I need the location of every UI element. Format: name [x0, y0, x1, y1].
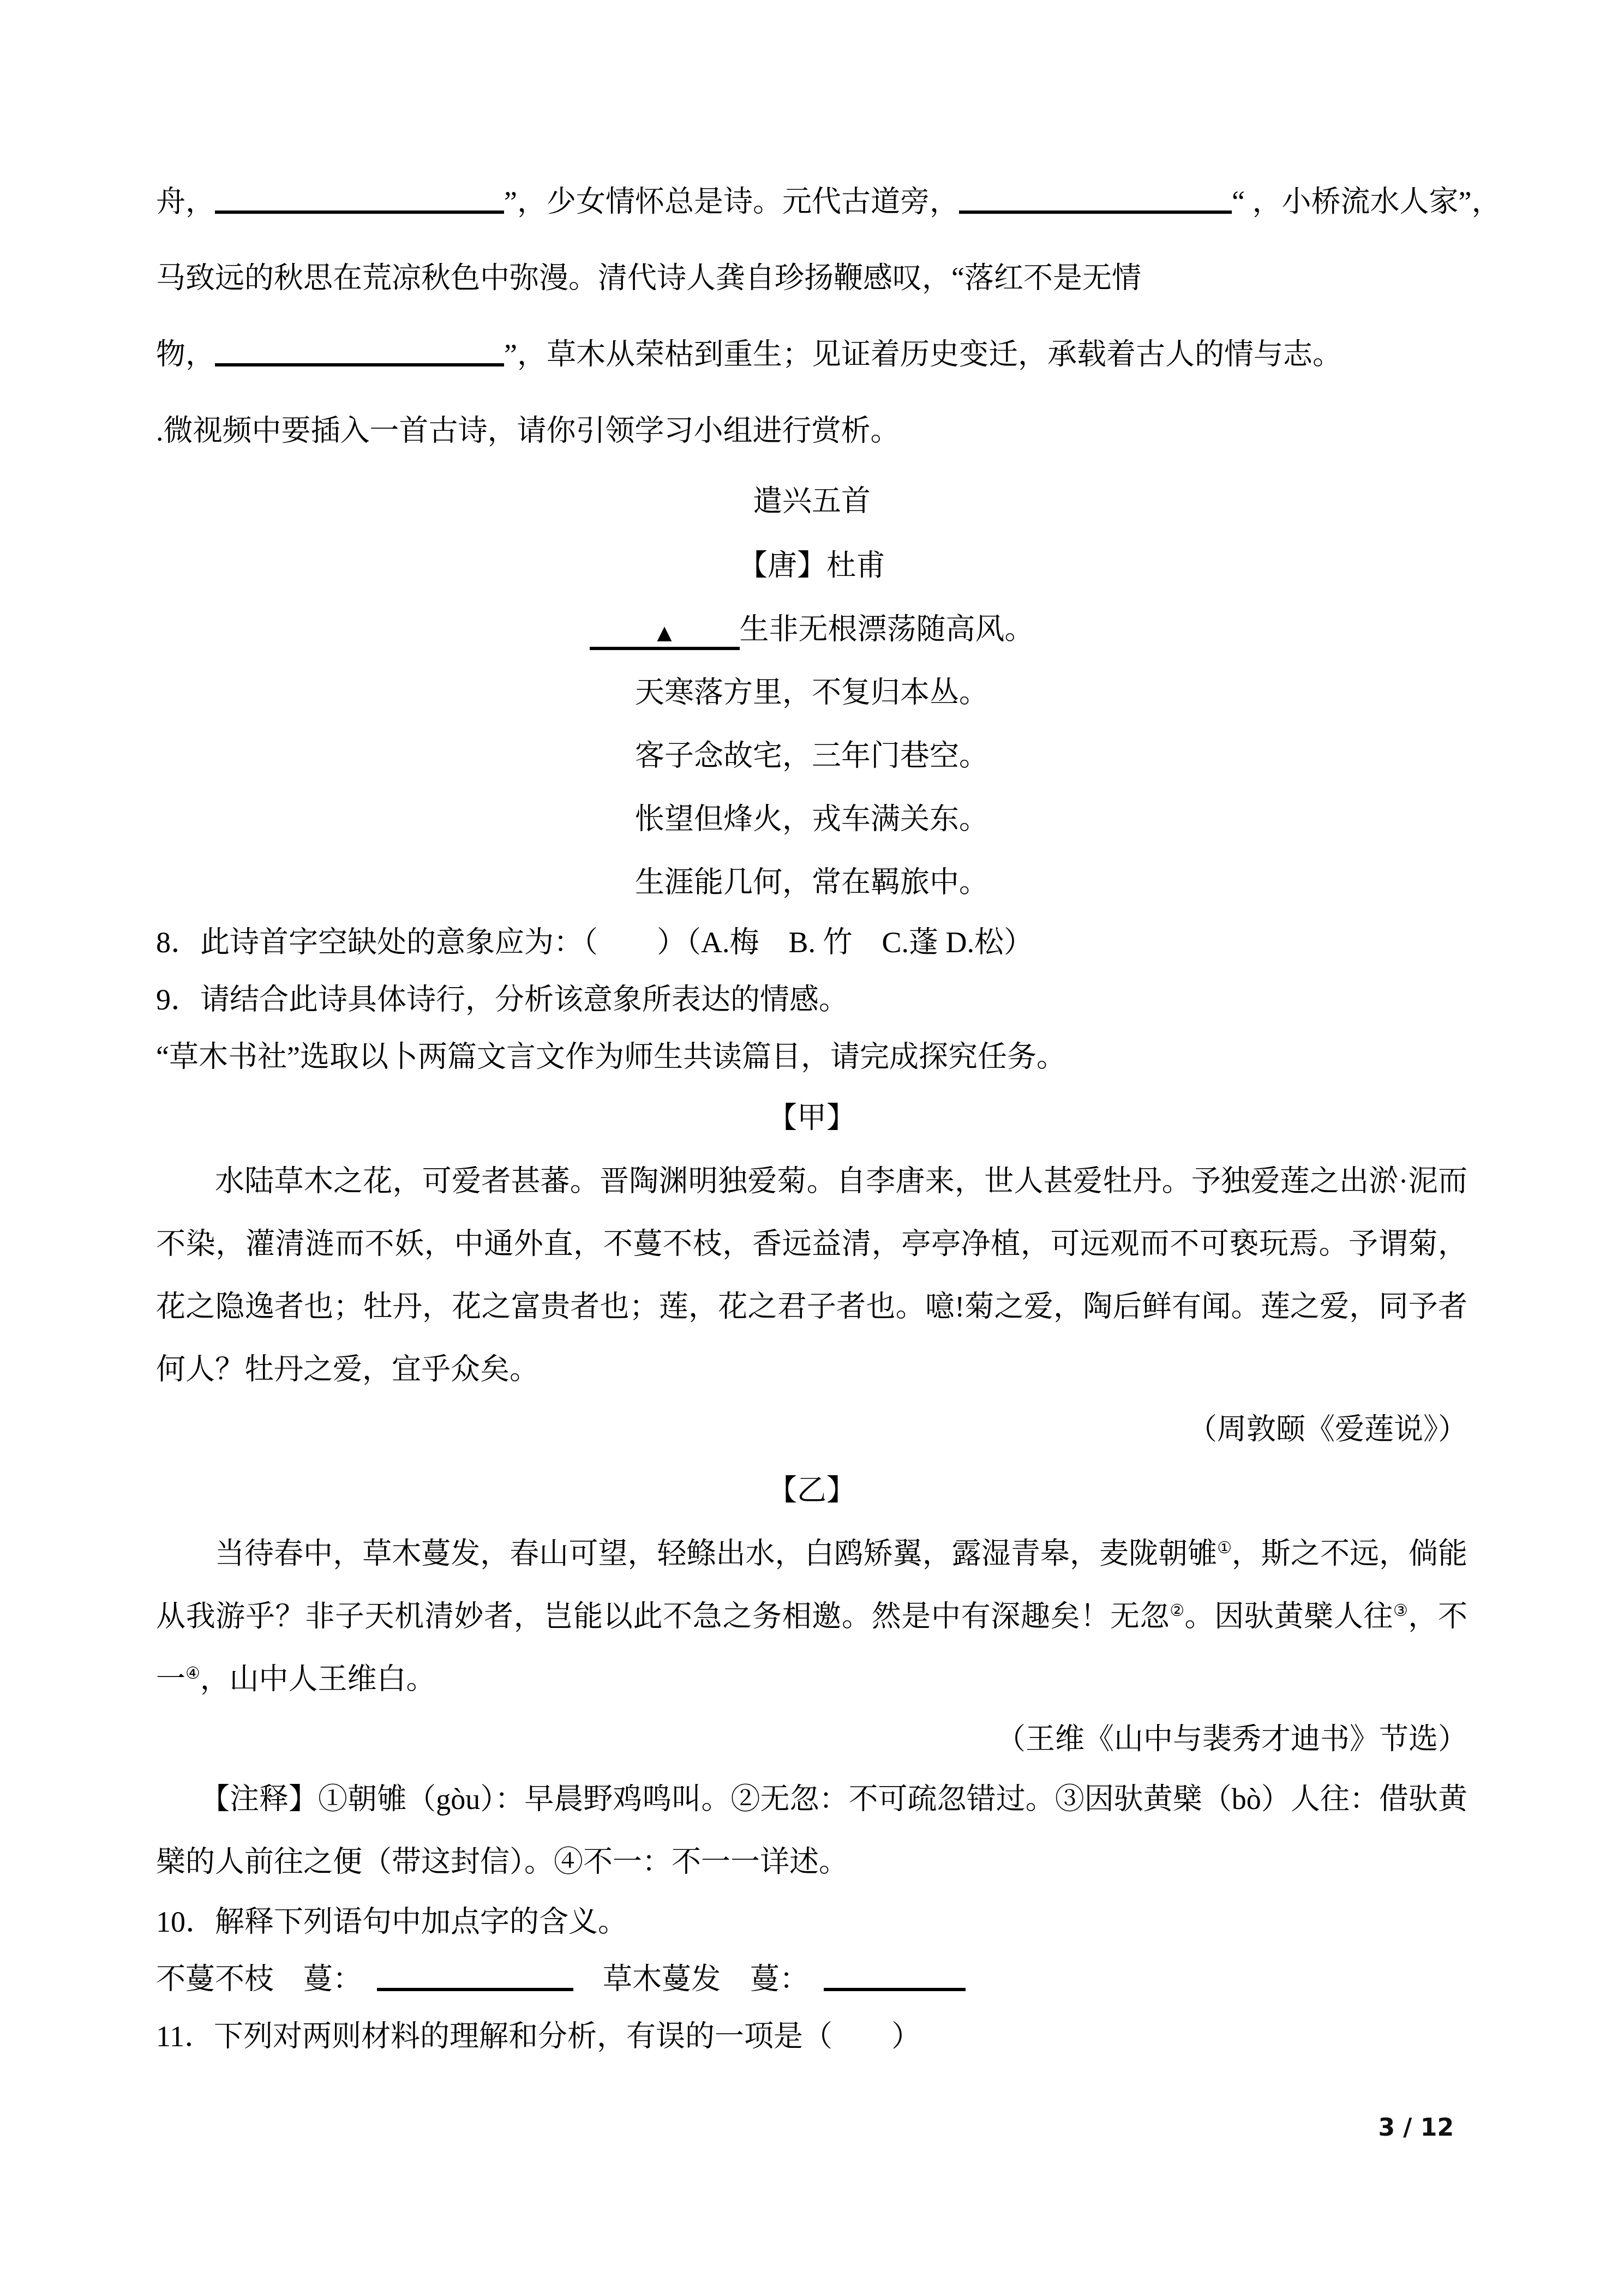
poem-line-1: ▲生非无根漂荡随高风。: [156, 598, 1467, 661]
question-8: 8．此诗首字空缺处的意象应为：（ ）（A.梅 B. 竹 C.蓬 D.松）: [156, 914, 1467, 971]
fill-in-blank: [377, 1962, 573, 1991]
intro-text: “ ，小桥流水人家”，: [1232, 185, 1501, 218]
fill-in-blank: [824, 1962, 966, 1991]
passage-yi-body: 当待春中，草木蔓发，春山可望，轻鲦出水，白鸥矫翼，露湿青皋，麦陇朝雊①，斯之不远…: [156, 1523, 1467, 1711]
phrase-text: 不: [156, 1963, 185, 1996]
intro-text: 马致远的秋思在荒凉秋色中弥漫。清代诗人龚自珍扬鞭感叹，“落红不是无情: [156, 262, 1141, 294]
poem-fill-blank: ▲: [590, 621, 740, 650]
fill-in-blank: [215, 337, 504, 366]
page-number: 3 / 12: [1378, 2114, 1454, 2142]
intro-text: 舟，: [156, 185, 215, 218]
intro-text: 物，: [156, 338, 215, 371]
intro-text: .微视频中要插入一首古诗，请你引领学习小组进行赏析。: [156, 414, 900, 447]
footnote-ref-3: ③: [1393, 1602, 1408, 1620]
passage-text: ，山中人王维白。: [200, 1663, 436, 1696]
question-9: 9．请结合此诗具体诗行，分析该意象所表达的情感。: [156, 971, 1467, 1029]
footnote-ref-2: ②: [1170, 1602, 1184, 1620]
phrase-ask: 蔓：: [750, 1963, 809, 1996]
footnote-ref-1: ①: [1217, 1540, 1232, 1557]
phrase-text: 发: [691, 1963, 721, 1996]
phrase-text: 不枝: [215, 1963, 274, 1996]
intro-text: ”，草木从荣枯到重生；见证着历史变迁，承载着古人的情与志。: [504, 338, 1342, 371]
passage-text: 。因驮黄檗人往: [1185, 1600, 1394, 1633]
poem-line-2: 天寒落方里，不复归本丛。: [156, 661, 1467, 724]
emphasized-char: 蔓: [185, 1963, 215, 1996]
triangle-marker: ▲: [652, 619, 677, 647]
section-transition: “草木书社”选取以卜两篇文言文作为师生共读篇目，请完成探究任务。: [156, 1029, 1467, 1086]
question-10-items: 不蔓不枝蔓：草木蔓发蔓：: [156, 1951, 1467, 2008]
poem-line-5: 生涯能几何，常在羁旅中。: [156, 851, 1467, 914]
poem-author: 【唐】杜甫: [156, 533, 1467, 598]
poem-line-4: 怅望但烽火，戎车满关东。: [156, 788, 1467, 851]
question-10: 10．解释下列语句中加点字的含义。: [156, 1894, 1467, 1951]
intro-line-3: 物，”，草木从荣枯到重生；见证着历史变迁，承载着古人的情与志。: [156, 316, 1467, 393]
passage-jia-body: 水陆草木之花，可爱者甚蕃。晋陶渊明独爱菊。自李唐来，世人甚爱牡丹。予独爱莲之出淤…: [156, 1150, 1467, 1401]
passage-yi-heading: 【乙】: [156, 1458, 1467, 1523]
passage-yi-source: （王维《山中与裴秀才迪书》节选）: [156, 1711, 1467, 1768]
emphasized-char: 蔓: [662, 1963, 691, 1996]
question-11: 11．下列对两则材料的理解和分析，有误的一项是（ ）: [156, 2008, 1467, 2065]
fill-in-blank: [959, 184, 1232, 214]
passage-text: 当待春中，草木蔓发，春山可望，轻鲦出水，白鸥矫翼，露湿青皋，麦陇朝雊: [215, 1537, 1217, 1570]
fill-in-blank: [215, 184, 504, 214]
poem-line-3: 客子念故宅，三年门巷空。: [156, 724, 1467, 788]
passage-jia-source: （周敦颐《爱莲说》）: [156, 1401, 1467, 1458]
intro-line-4: .微视频中要插入一首古诗，请你引领学习小组进行赏析。: [156, 393, 1467, 469]
annotations: 【注释】①朝雊（gòu）：早晨野鸡鸣叫。②无忽：不可疏忽错过。③因驮黄檗（bò）…: [156, 1768, 1467, 1894]
intro-line-1: 舟，”，少女情怀总是诗。元代古道旁，“ ，小桥流水人家”，: [156, 164, 1467, 240]
intro-text: ”，少女情怀总是诗。元代古道旁，: [504, 185, 959, 218]
footnote-ref-4: ④: [185, 1665, 200, 1682]
phrase-ask: 蔓：: [303, 1963, 362, 1996]
exam-page: 舟，”，少女情怀总是诗。元代古道旁，“ ，小桥流水人家”， 马致远的秋思在荒凉秋…: [0, 0, 1624, 2296]
page-content: 舟，”，少女情怀总是诗。元代古道旁，“ ，小桥流水人家”， 马致远的秋思在荒凉秋…: [156, 164, 1467, 2065]
poem-title: 遣兴五首: [156, 469, 1467, 533]
passage-jia-heading: 【甲】: [156, 1086, 1467, 1150]
phrase-text: 草木: [603, 1963, 662, 1996]
poem-text: 生非无根漂荡随高风。: [740, 613, 1034, 646]
intro-line-2: 马致远的秋思在荒凉秋色中弥漫。清代诗人龚自珍扬鞭感叹，“落红不是无情: [156, 240, 1467, 316]
